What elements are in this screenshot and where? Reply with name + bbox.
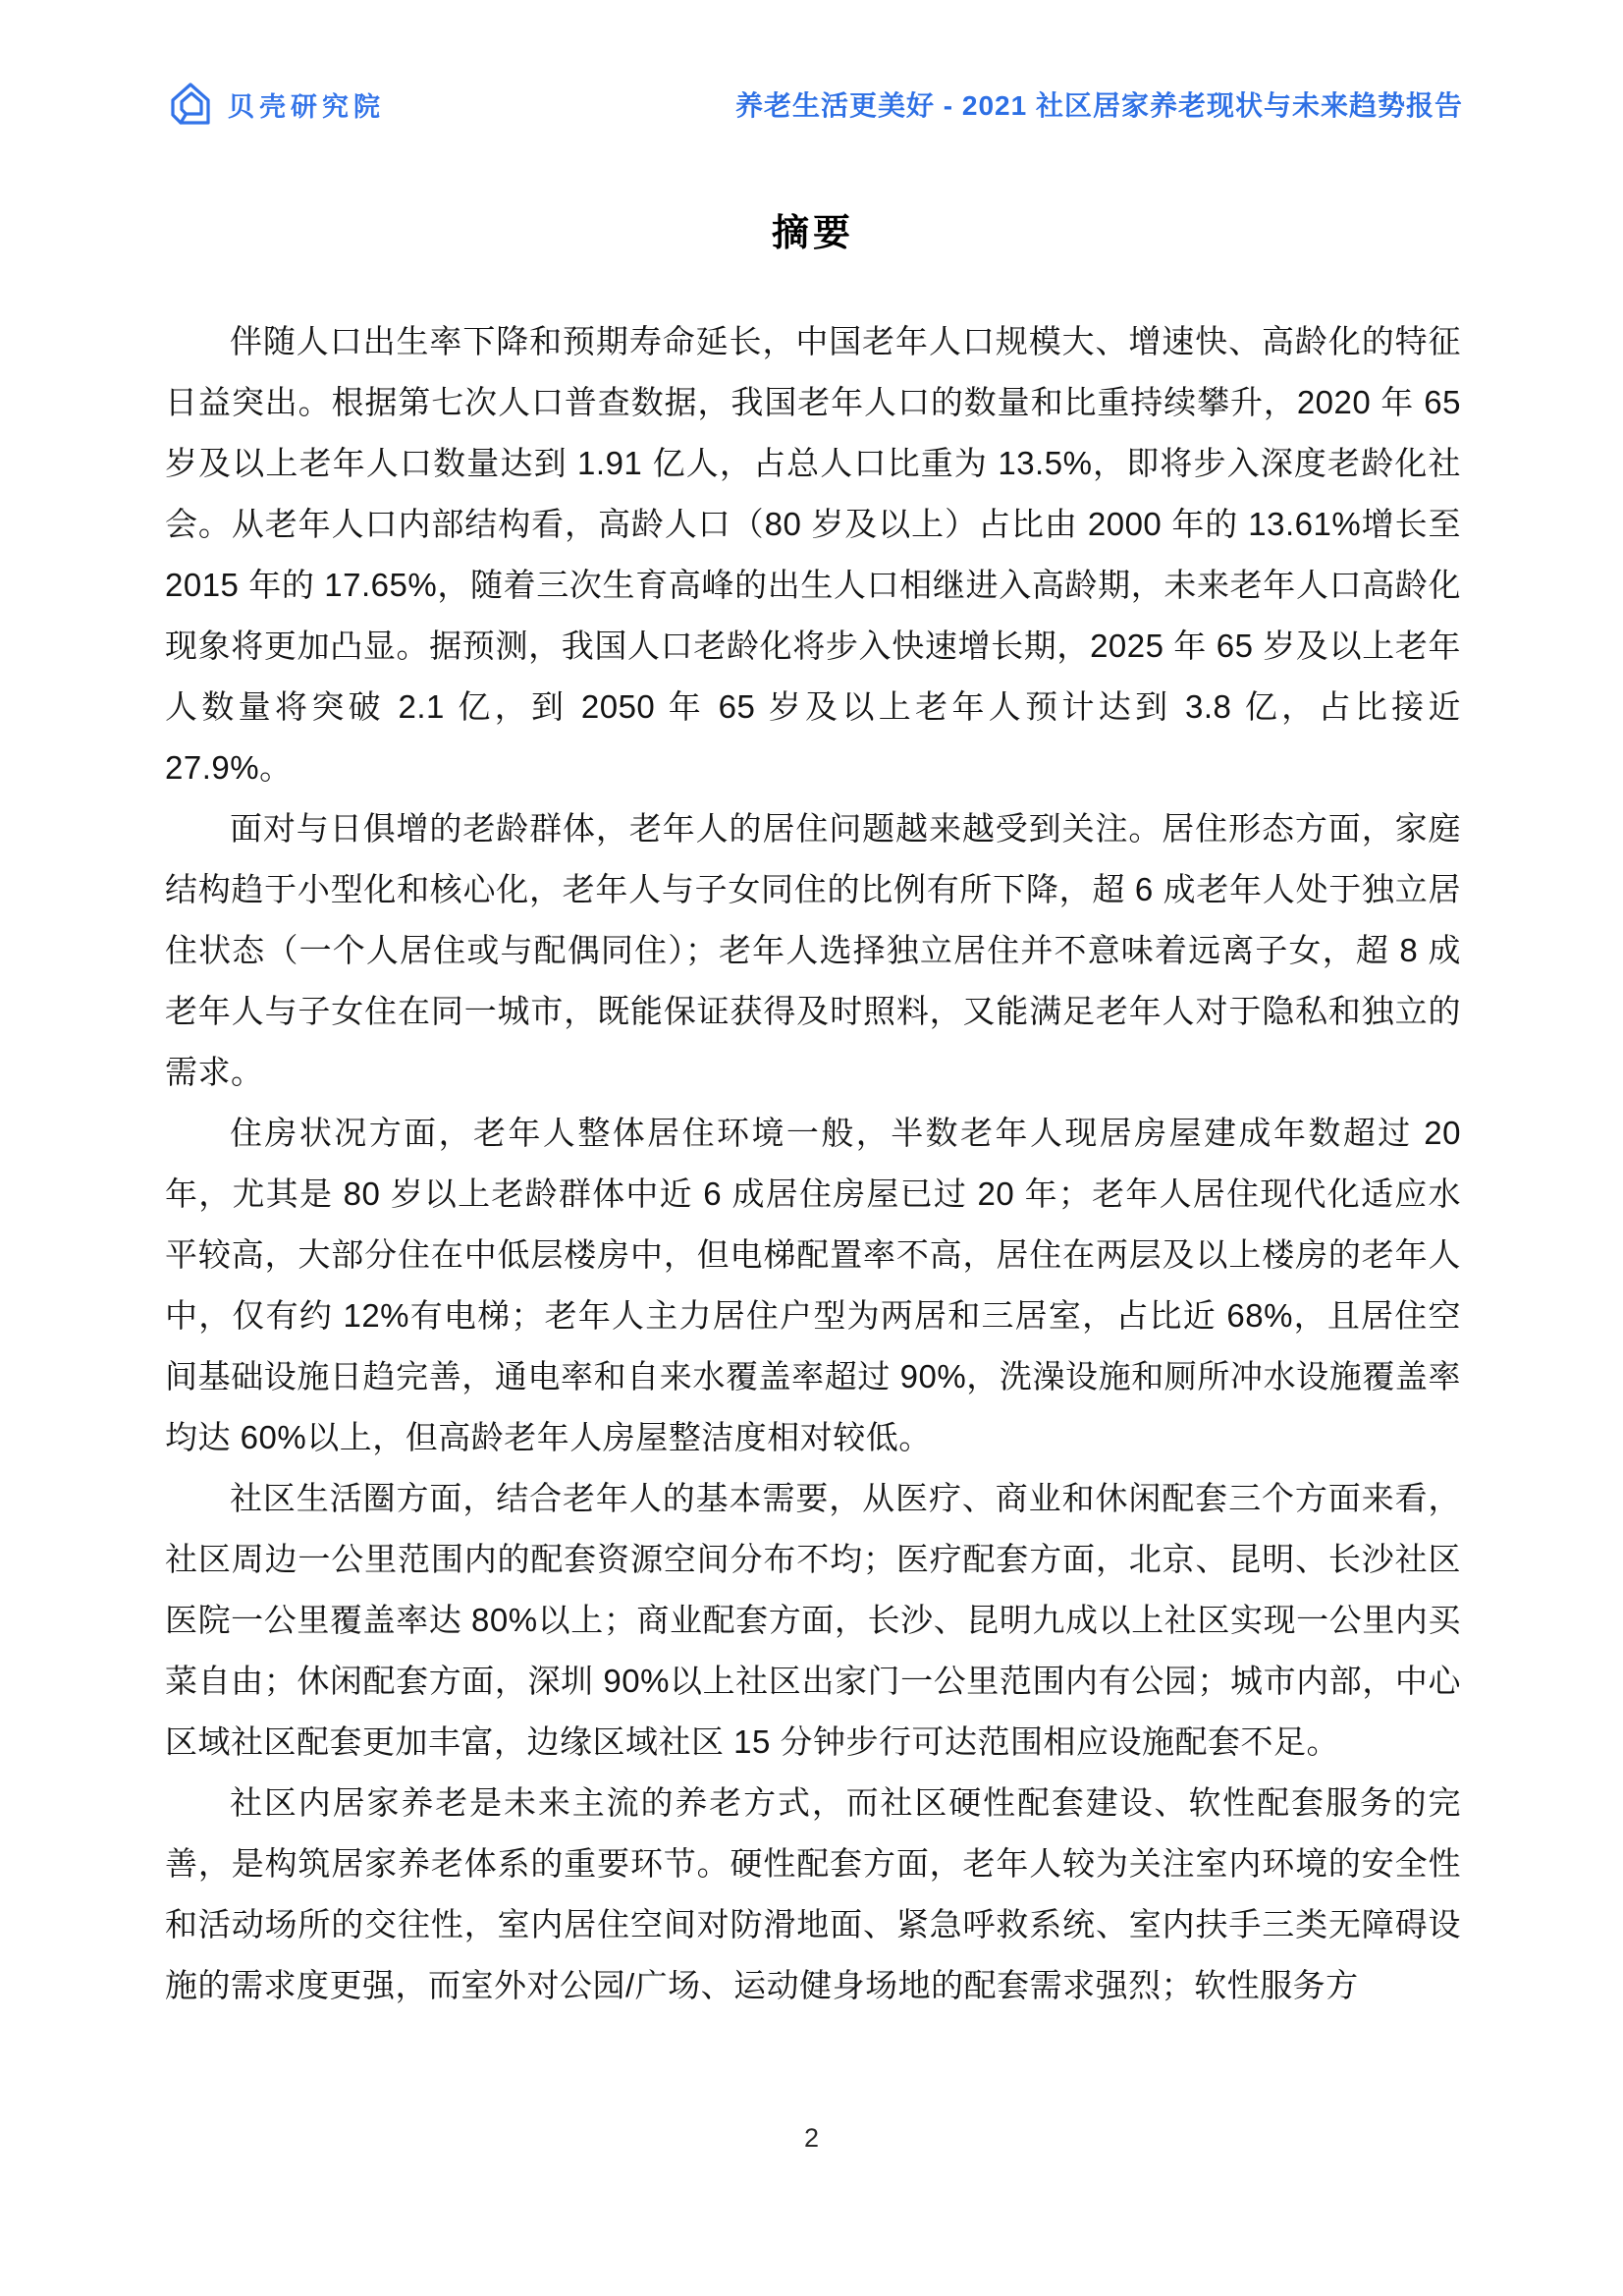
- page-content: 摘要 伴随人口出生率下降和预期寿命延长，中国老年人口规模大、增速快、高龄化的特征…: [165, 202, 1461, 2016]
- logo-text: 贝壳研究院: [228, 85, 385, 124]
- report-header-title: 养老生活更美好 - 2021 社区居家养老现状与未来趋势报告: [735, 84, 1463, 124]
- abstract-paragraph-3: 住房状况方面，老年人整体居住环境一般，半数老年人现居房屋建成年数超过 20 年，…: [165, 1103, 1461, 1468]
- abstract-paragraph-2: 面对与日俱增的老龄群体，老年人的居住问题越来越受到关注。居住形态方面，家庭结构趋…: [165, 798, 1461, 1103]
- beike-logo: 贝壳研究院: [167, 81, 385, 128]
- abstract-paragraph-4: 社区生活圈方面，结合老年人的基本需要，从医疗、商业和休闲配套三个方面来看，社区周…: [165, 1468, 1461, 1773]
- abstract-heading: 摘要: [165, 202, 1461, 256]
- beike-shell-house-icon: [167, 81, 214, 128]
- abstract-paragraph-5: 社区内居家养老是未来主流的养老方式，而社区硬性配套建设、软性配套服务的完善，是构…: [165, 1773, 1461, 2016]
- report-page: 贝壳研究院 养老生活更美好 - 2021 社区居家养老现状与未来趋势报告 摘要 …: [0, 0, 1623, 2296]
- abstract-paragraph-1: 伴随人口出生率下降和预期寿命延长，中国老年人口规模大、增速快、高龄化的特征日益突…: [165, 311, 1461, 798]
- page-header: 贝壳研究院 养老生活更美好 - 2021 社区居家养老现状与未来趋势报告: [167, 77, 1463, 132]
- page-number: 2: [0, 2123, 1623, 2154]
